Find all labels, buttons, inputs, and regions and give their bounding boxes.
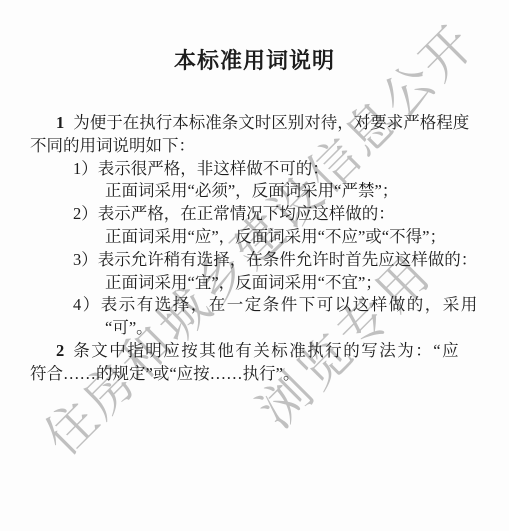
text-line: 正面词采用“必须”，反面词采用“严禁”； [30,180,481,203]
text-line: 1为便于在执行本标准条文时区别对待，对要求严格程度 [30,112,481,135]
line-text: 1）表示很严格，非这样做不可的： [73,159,329,178]
text-line: 符合……的规定”或“应按……执行”。 [30,363,481,386]
text-line: 正面词采用“应”，反面词采用“不应”或“不得”； [30,226,481,249]
page-title: 本标准用词说明 [0,0,509,77]
line-text: 正面词采用“必须”，反面词采用“严禁”； [105,181,398,200]
line-text: 3）表示允许稍有选择，在条件允许时首先应这样做的： [73,250,477,269]
text-line: 不同的用词说明如下： [30,135,481,158]
clause-number: 2 [56,341,64,360]
line-text: 条文中指明应按其他有关标准执行的写法为：“应 [73,341,460,360]
line-text: 不同的用词说明如下： [30,136,195,155]
body-text: 1为便于在执行本标准条文时区别对待，对要求严格程度 不同的用词说明如下： 1）表… [0,112,509,386]
line-text: 2）表示严格，在正常情况下均应这样做的： [73,204,395,223]
line-text: “可”。 [105,318,153,337]
line-text: 正面词采用“应”，反面词采用“不应”或“不得”； [105,227,446,246]
line-text: 符合……的规定”或“应按……执行”。 [30,364,299,383]
text-line: “可”。 [30,317,481,340]
text-line: 正面词采用“宜”，反面词采用“不宜”； [30,272,481,295]
text-line: 2条文中指明应按其他有关标准执行的写法为：“应 [30,340,481,363]
text-line: 4）表示有选择，在一定条件下可以这样做的，采用 [30,294,481,317]
document-page: 住房和城乡建设信息公开 浏览专用 本标准用词说明 1为便于在执行本标准条文时区别… [0,0,509,531]
line-text: 4）表示有选择，在一定条件下可以这样做的，采用 [73,295,479,314]
text-line: 2）表示严格，在正常情况下均应这样做的： [30,203,481,226]
text-line: 3）表示允许稍有选择，在条件允许时首先应这样做的： [30,249,481,272]
line-text: 为便于在执行本标准条文时区别对待，对要求严格程度 [73,113,469,132]
line-text: 正面词采用“宜”，反面词采用“不宜”； [105,273,382,292]
clause-number: 1 [56,113,64,132]
text-line: 1）表示很严格，非这样做不可的： [30,158,481,181]
